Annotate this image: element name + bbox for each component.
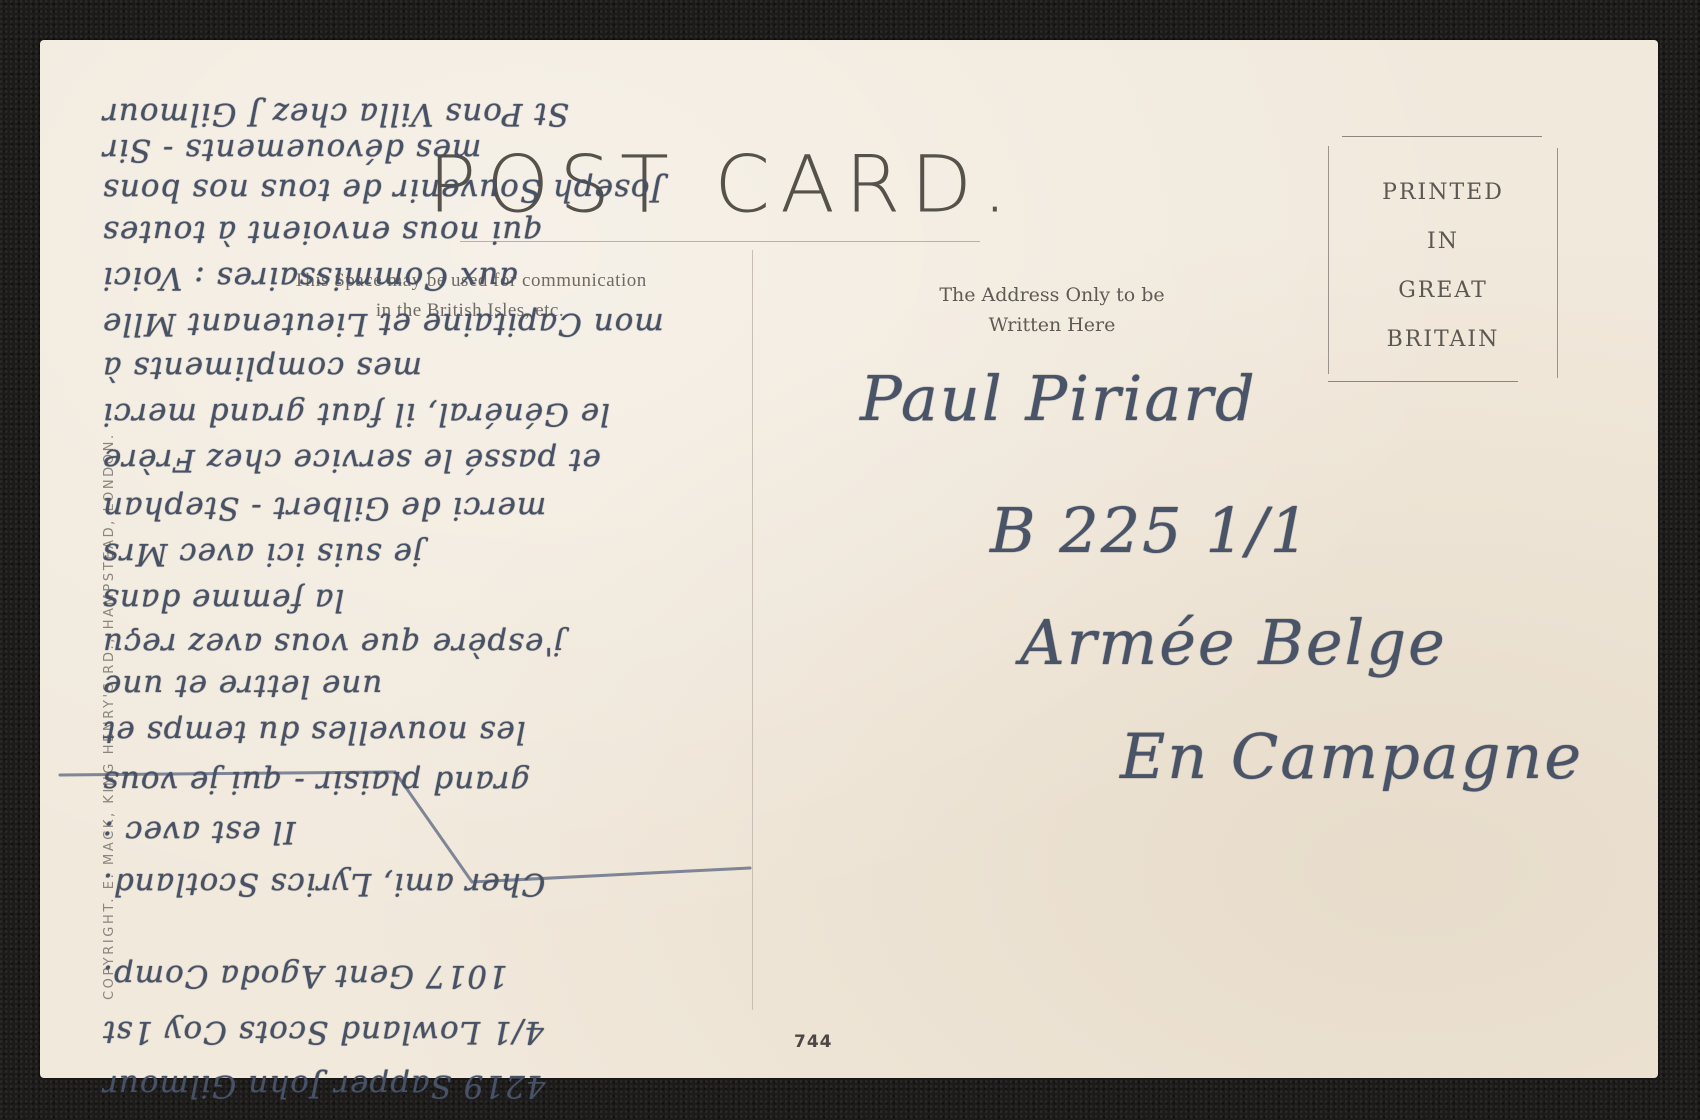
postcard: POST CARD. This Space may be used for co… bbox=[40, 40, 1658, 1078]
message-line: je suis ici avec Mrs bbox=[102, 536, 422, 572]
message-line: grand plaisir - qui je vous bbox=[102, 764, 530, 800]
message-line: 4219 Sapper John Gilmour bbox=[102, 1068, 545, 1104]
message-line: 1017 Gent Agoda Comp. bbox=[102, 958, 508, 994]
message-line: Cher ami, Lyrics Scotland. bbox=[102, 866, 545, 902]
message-line: St Pons Villa chez J Gilmour bbox=[102, 96, 569, 132]
message-line: Il est avec : bbox=[102, 814, 296, 850]
message-line: la femme dans bbox=[102, 582, 344, 618]
message-line: qui nous envoient à toutes bbox=[102, 214, 543, 250]
message-line: les nouvelles du temps et bbox=[102, 714, 526, 750]
message-line: merci de Gilbert - Stephan bbox=[102, 490, 546, 526]
message-line: mon Capitaine et Lieutenant Mlle bbox=[102, 306, 664, 342]
message-line: le Général, il faut grand merci bbox=[102, 396, 610, 432]
message-line: j'espère que vous avez reçu bbox=[102, 626, 564, 662]
message-line: mes compliments à bbox=[102, 350, 422, 386]
message-line: aux Commissaires : Voici bbox=[102, 260, 518, 296]
message-line: et passé le service chez Frère bbox=[102, 442, 601, 478]
message-line: Joseph Souvenir de tous nos bons bbox=[102, 172, 663, 208]
message-line: mes dévouements - Sir bbox=[102, 132, 481, 168]
message-line: 4/1 Lowland Scots Coy 1st bbox=[102, 1014, 544, 1050]
message-line: une lettre et une bbox=[102, 668, 382, 704]
handwritten-message: 4219 Sapper John Gilmour 4/1 Lowland Sco… bbox=[92, 92, 752, 1112]
